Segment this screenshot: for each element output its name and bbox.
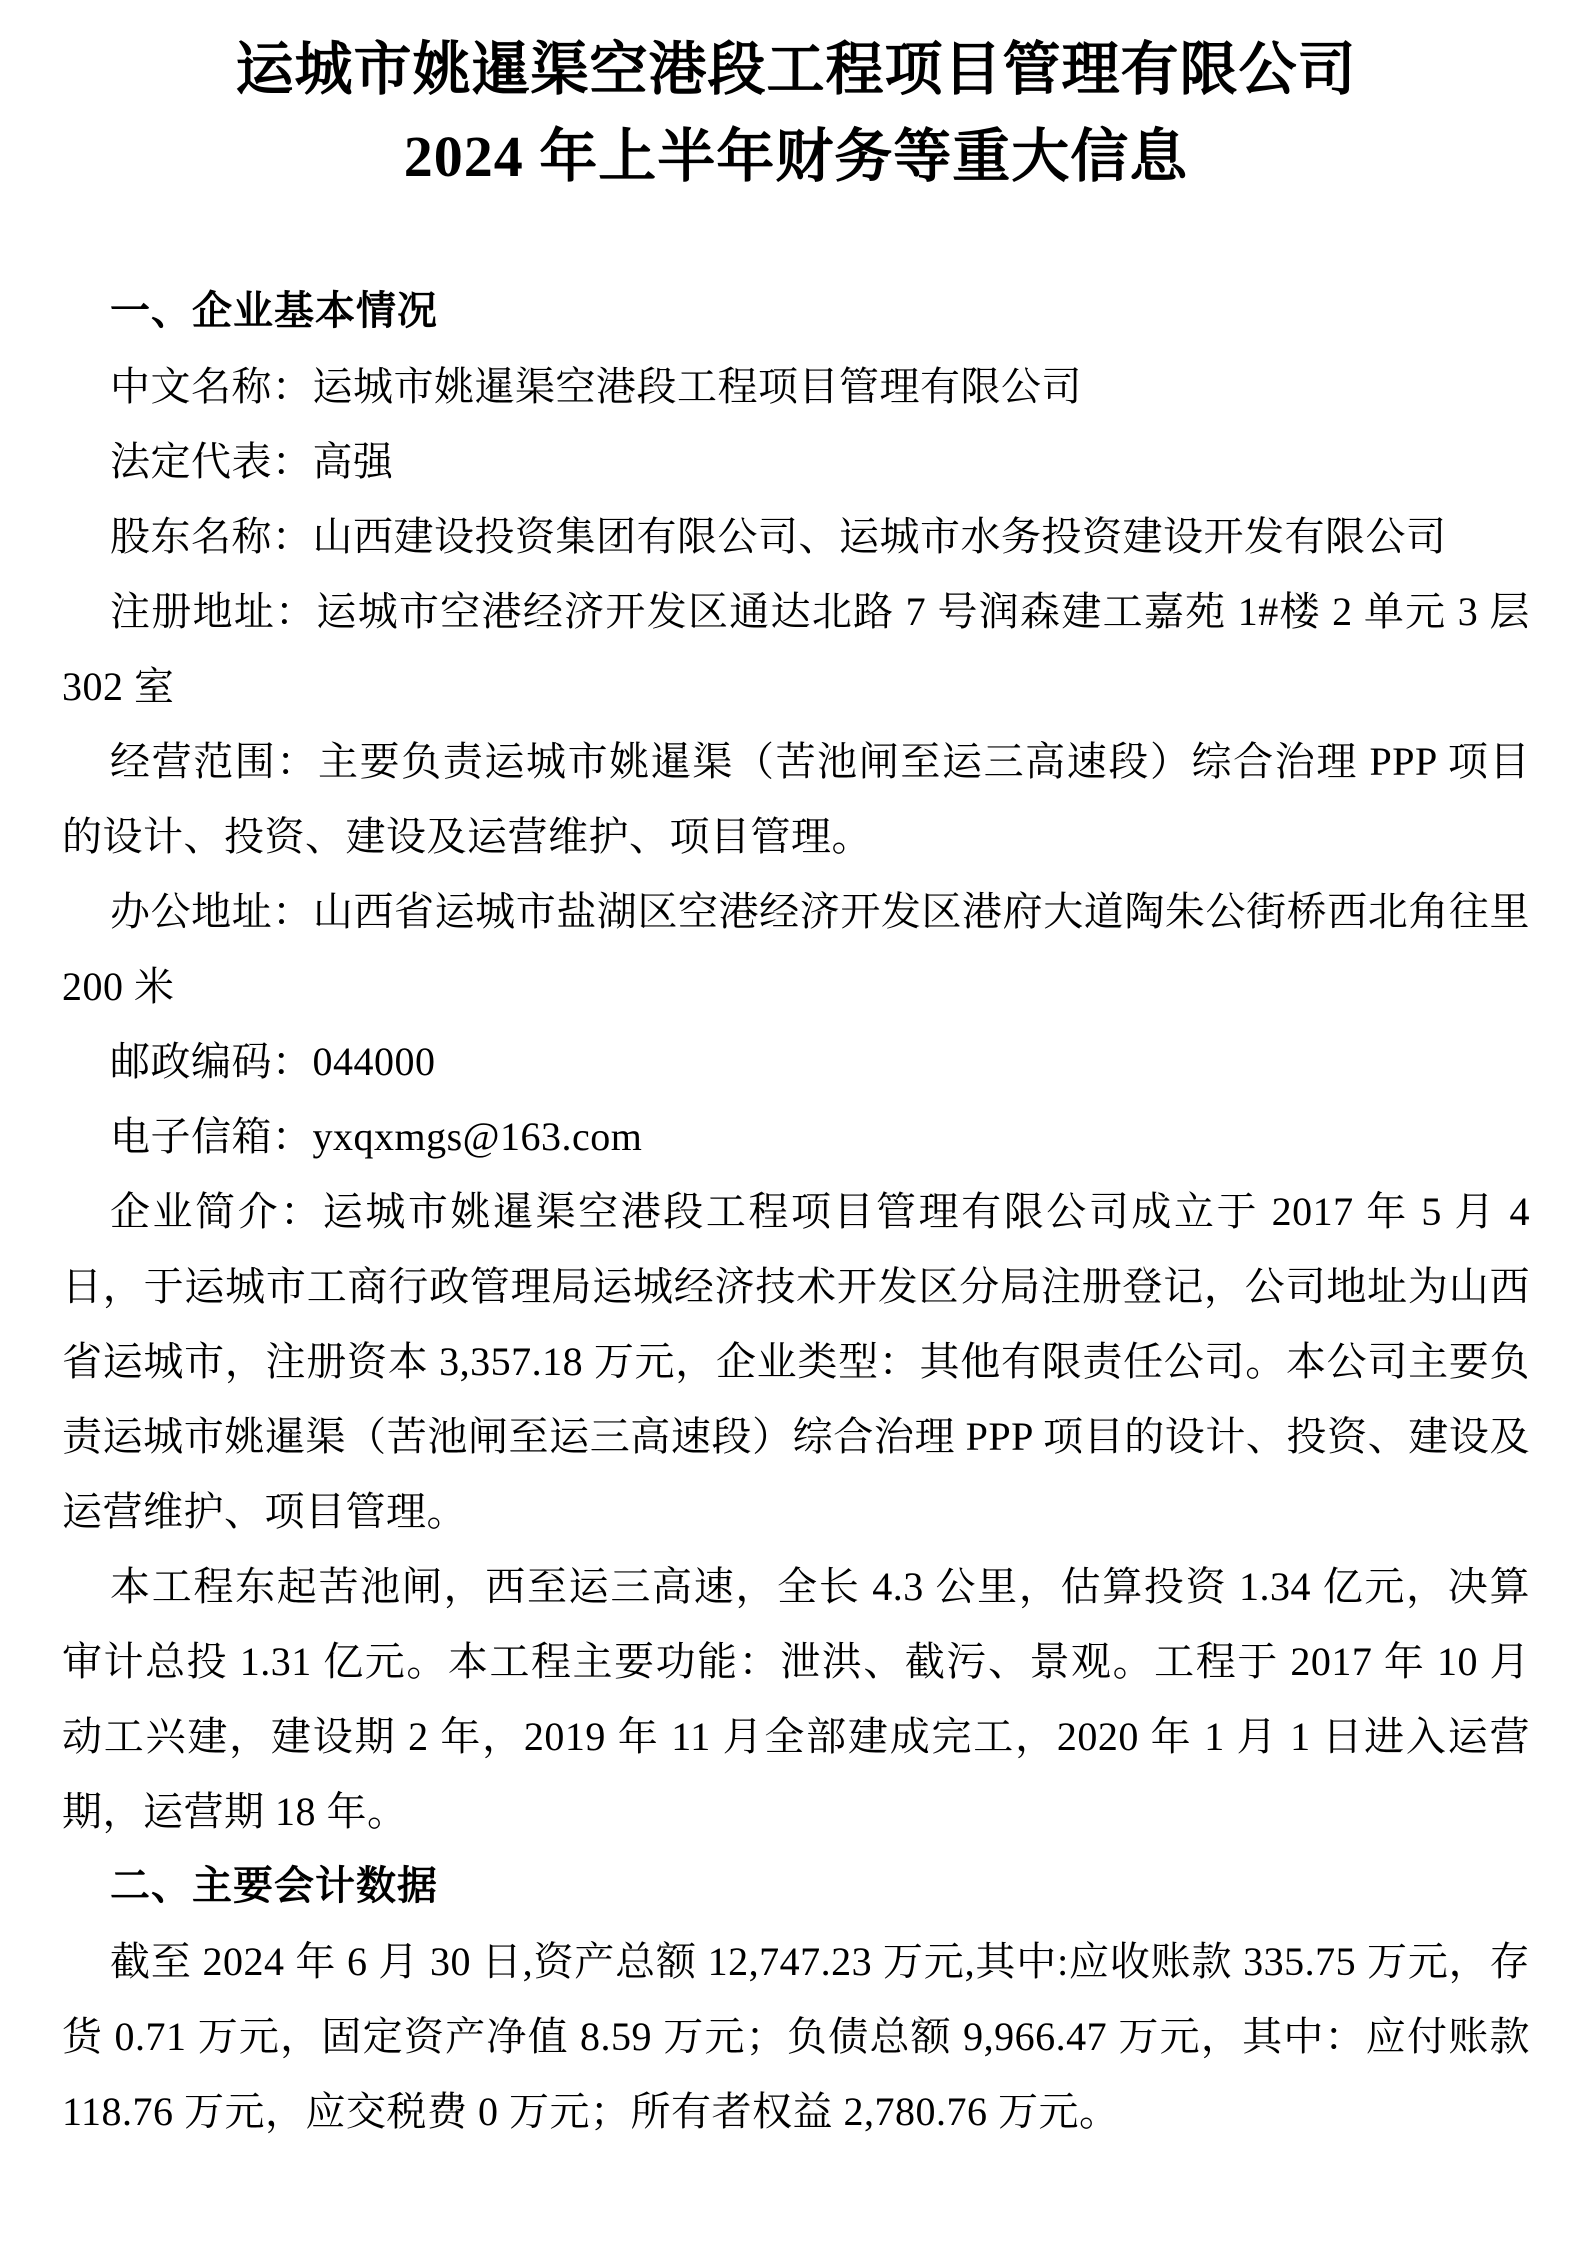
section-heading-basic-info: 一、企业基本情况: [62, 274, 1530, 349]
document-page: 运城市姚暹渠空港段工程项目管理有限公司 2024 年上半年财务等重大信息 一、企…: [0, 0, 1587, 2245]
field-label: 股东名称：: [110, 514, 313, 559]
field-value: 044000: [313, 1039, 436, 1084]
field-label: 经营范围：: [110, 739, 318, 784]
field-value: yxqxmgs@163.com: [313, 1114, 643, 1159]
field-value: 运城市姚暹渠空港段工程项目管理有限公司: [313, 364, 1083, 409]
paragraph-project-overview: 本工程东起苦池闸，西至运三高速，全长 4.3 公里，估算投资 1.34 亿元，决…: [62, 1549, 1530, 1849]
document-title-line-1: 运城市姚暹渠空港段工程项目管理有限公司: [62, 26, 1530, 113]
paragraph-accounting-summary: 截至 2024 年 6 月 30 日,资产总额 12,747.23 万元,其中:…: [62, 1924, 1530, 2149]
field-office-address: 办公地址：山西省运城市盐湖区空港经济开发区港府大道陶朱公街桥西北角往里 200 …: [62, 874, 1530, 1024]
field-company-profile: 企业简介：运城市姚暹渠空港段工程项目管理有限公司成立于 2017 年 5 月 4…: [62, 1174, 1530, 1549]
document-title: 运城市姚暹渠空港段工程项目管理有限公司 2024 年上半年财务等重大信息: [62, 26, 1530, 200]
document-title-line-2: 2024 年上半年财务等重大信息: [62, 113, 1530, 200]
field-registered-address: 注册地址：运城市空港经济开发区通达北路 7 号润森建工嘉苑 1#楼 2 单元 3…: [62, 574, 1530, 724]
field-legal-representative: 法定代表：高强: [62, 424, 1530, 499]
field-value: 高强: [313, 439, 394, 484]
field-value: 山西建设投资集团有限公司、运城市水务投资建设开发有限公司: [313, 514, 1447, 559]
field-label: 办公地址：: [110, 889, 313, 934]
field-label: 电子信箱：: [110, 1114, 313, 1159]
field-label: 企业简介：: [110, 1189, 323, 1234]
field-business-scope: 经营范围：主要负责运城市姚暹渠（苦池闸至运三高速段）综合治理 PPP 项目的设计…: [62, 724, 1530, 874]
field-value: 运城市姚暹渠空港段工程项目管理有限公司成立于 2017 年 5 月 4 日，于运…: [62, 1189, 1530, 1534]
field-chinese-name: 中文名称：运城市姚暹渠空港段工程项目管理有限公司: [62, 349, 1530, 424]
field-shareholders: 股东名称：山西建设投资集团有限公司、运城市水务投资建设开发有限公司: [62, 499, 1530, 574]
section-heading-accounting-data: 二、主要会计数据: [62, 1849, 1530, 1924]
field-label: 注册地址：: [110, 589, 316, 634]
field-email: 电子信箱：yxqxmgs@163.com: [62, 1099, 1530, 1174]
field-label: 邮政编码：: [110, 1039, 313, 1084]
field-postal-code: 邮政编码：044000: [62, 1024, 1530, 1099]
field-label: 法定代表：: [110, 439, 313, 484]
field-label: 中文名称：: [110, 364, 313, 409]
